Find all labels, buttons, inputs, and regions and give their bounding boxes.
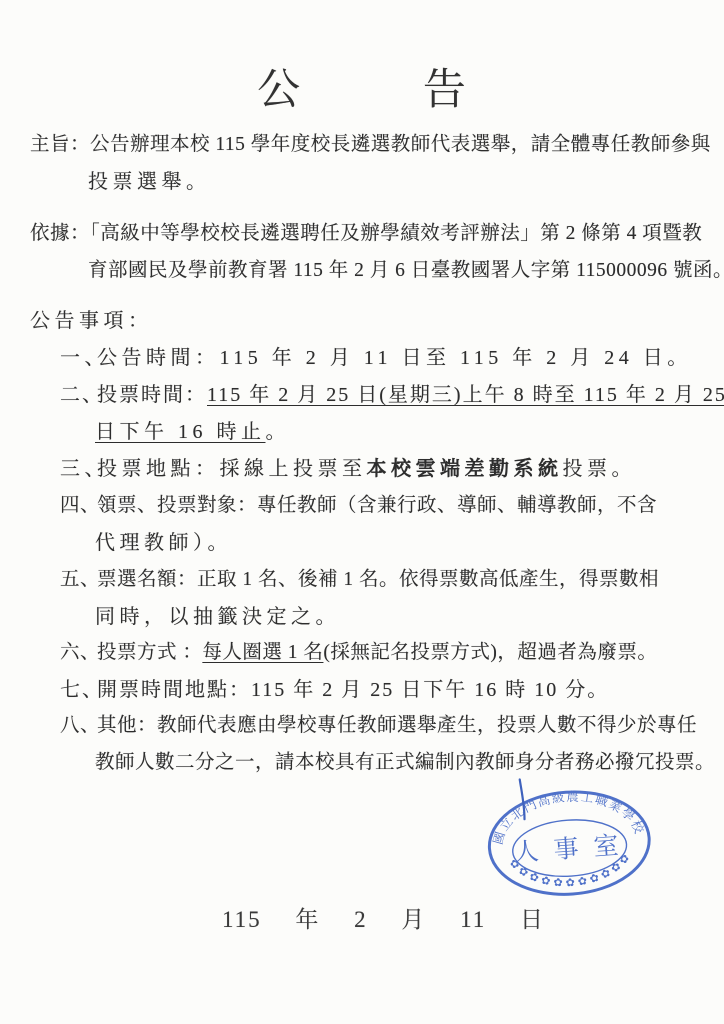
item-text-underlined: 115 年 2 月 25 日(星期三)上午 8 時至 115 年 2 月 25 xyxy=(207,384,724,406)
page-title: 公 告 xyxy=(0,66,724,116)
announcement-document: 公 告 主旨：公告辦理本校 115 學年度校長遴選教師代表選舉，請全體專任教師參… xyxy=(0,0,724,1024)
item-text-plain: 投票。 xyxy=(563,458,637,480)
item-text: 代理教師）。 xyxy=(95,531,232,555)
personnel-office-stamp: 國立北門高級農工職業學校 ✿✿✿✿✿✿✿✿✿✿✿ 人事室 xyxy=(479,766,664,912)
section-heading-text: 公告事項： xyxy=(30,309,153,333)
item-text: 公告時間：115 年 2 月 11 日至 115 年 2 月 24 日。 xyxy=(97,346,692,370)
issue-date: 115 年 2 月 11 日 xyxy=(222,908,545,932)
item-text-plain: (採無記名投票方式)，超過者為廢票。 xyxy=(323,642,657,663)
item-text: 投票地點：採線上投票至本校雲端差勤系統投票。 xyxy=(97,457,636,481)
item-text: 票選名額：正取 1 名、後補 1 名。依得票數高低產生，得票數相 xyxy=(97,568,659,592)
item-text: 投票方式 ：每人圈選 1 名(採無記名投票方式)，超過者為廢票。 xyxy=(97,641,657,665)
basis-text-cont: 育部國民及學前教育署 115 年 2 月 6 日臺教國署人字第 11500009… xyxy=(88,259,724,283)
subject-text: 主旨：公告辦理本校 115 學年度校長遴選教師代表選舉，請全體專任教師參與 xyxy=(30,133,711,157)
item-text: 同時，以抽籤決定之。 xyxy=(95,605,340,629)
item-text-underlined: 日下午 16 時止 xyxy=(95,421,266,443)
subject-text-cont: 投票選舉。 xyxy=(88,170,211,194)
item-text: 投票時間：115 年 2 月 25 日(星期三)上午 8 時至 115 年 2 … xyxy=(97,383,724,407)
item-text: 日下午 16 時止。 xyxy=(95,420,290,444)
item-text: 領票、投票對象：專任教師（含兼行政、導師、輔導教師，不含 xyxy=(97,494,657,518)
item-number: 八、 xyxy=(60,714,100,738)
item-text: 開票時間地點：115 年 2 月 25 日下午 16 時 10 分。 xyxy=(97,678,609,702)
item-text-plain: 投票時間： xyxy=(97,384,207,406)
basis-text: 依據：「高級中等學校校長遴選聘任及辦學績效考評辦法」第 2 條第 4 項暨教 xyxy=(30,222,702,246)
item-text-bold: 本校雲端差勤系統 xyxy=(367,458,563,480)
item-text-plain: 投票地點：採線上投票至 xyxy=(97,458,367,480)
item-number: 四、 xyxy=(60,494,100,518)
item-text-underlined: 每人圈選 1 名 xyxy=(202,642,323,663)
item-number: 六、 xyxy=(60,641,100,665)
item-text: 其他：教師代表應由學校專任教師選舉產生，投票人數不得少於專任 xyxy=(97,714,697,738)
item-text-plain: 。 xyxy=(266,421,291,443)
item-text-plain: 投票方式 ： xyxy=(97,642,202,663)
item-number: 五、 xyxy=(60,568,100,592)
